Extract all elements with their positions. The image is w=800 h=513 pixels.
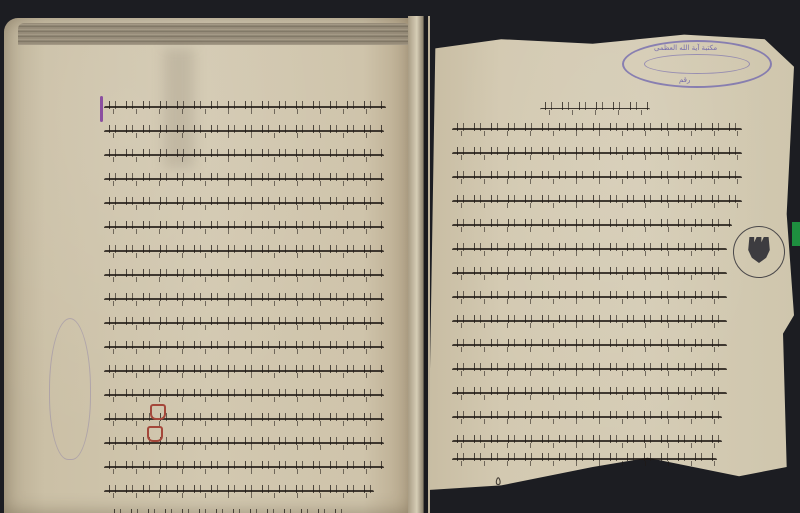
text-line <box>104 442 384 446</box>
page-block-edge <box>18 23 410 45</box>
stamp-text-top: مكتبة آية الله العظمى <box>654 44 717 52</box>
text-line <box>452 200 742 204</box>
text-line <box>452 458 717 462</box>
text-line <box>452 320 727 324</box>
text-line <box>104 298 384 302</box>
text-line <box>452 272 727 276</box>
library-oval-stamp: مكتبة آية الله العظمى رقم <box>622 40 772 88</box>
text-line <box>452 344 727 348</box>
text-line <box>104 202 384 206</box>
text-line <box>452 296 727 300</box>
book-gutter <box>408 16 430 513</box>
text-line <box>104 154 384 158</box>
round-seal <box>733 226 785 278</box>
rubric-mark <box>150 404 166 420</box>
text-line <box>104 274 384 278</box>
text-line <box>104 418 384 422</box>
header-bismillah <box>540 108 650 111</box>
text-line <box>104 490 374 494</box>
text-line <box>104 322 384 326</box>
text-line <box>452 176 742 180</box>
text-line <box>452 392 727 396</box>
text-line <box>452 128 742 132</box>
text-line <box>452 224 732 228</box>
text-line <box>452 416 722 420</box>
faint-marginal-drawing <box>49 318 91 460</box>
rubric-mark <box>147 426 163 442</box>
text-line <box>104 106 386 110</box>
stamp-inner-ring <box>644 54 750 74</box>
text-line <box>452 248 727 252</box>
hamsa-seal-icon <box>747 237 771 263</box>
text-line <box>104 394 384 398</box>
text-line <box>104 370 384 374</box>
text-line <box>104 178 384 182</box>
text-line <box>104 346 384 350</box>
text-line <box>104 250 384 254</box>
left-page <box>4 18 412 513</box>
page-mark: ٥ <box>495 474 501 488</box>
text-line <box>452 368 727 372</box>
manuscript-photo: ٥ مكتبة آية الله العظمى رقم <box>0 0 800 513</box>
text-line <box>104 130 384 134</box>
text-line <box>452 152 742 156</box>
green-tab <box>792 222 800 246</box>
text-line <box>104 226 384 230</box>
stamp-text-bottom: رقم <box>679 76 690 84</box>
marginal-purple-mark <box>100 96 103 122</box>
text-line <box>452 440 722 444</box>
text-line <box>104 466 384 470</box>
